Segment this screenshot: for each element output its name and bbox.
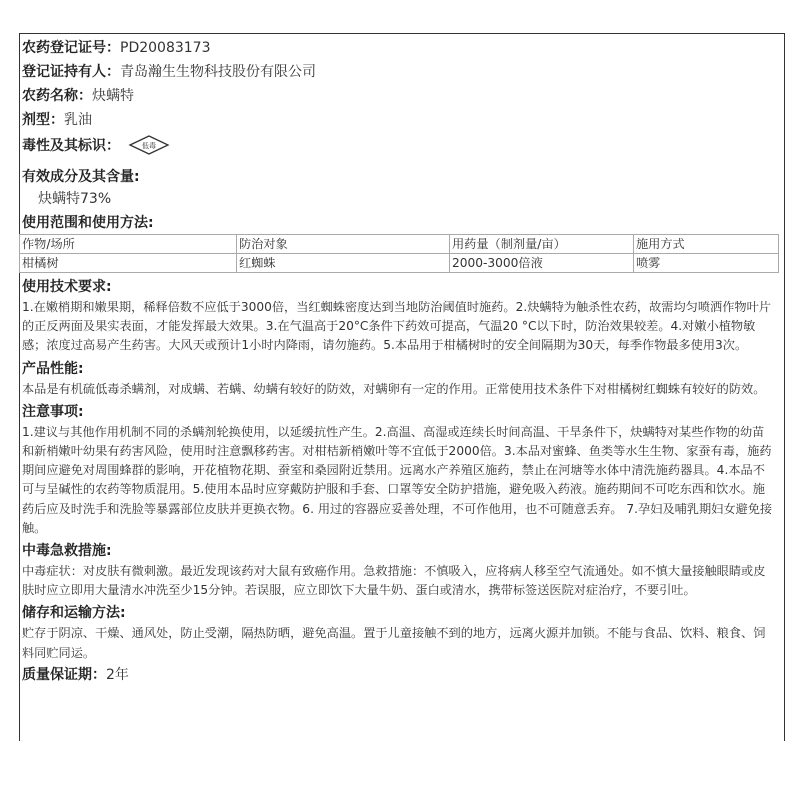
precautions-title: 注意事项: <box>22 401 780 423</box>
performance-title: 产品性能: <box>22 358 780 380</box>
active-ingredient-value: 炔螨特73% <box>22 188 780 210</box>
pesticide-label-document: 农药登记证号：PD20083173 登记证持有人：青岛瀚生生物科技股份有限公司 … <box>22 36 780 687</box>
warranty-row: 质量保证期：2年 <box>22 663 780 687</box>
header-method: 施用方式 <box>634 235 779 254</box>
cell-dosage: 2000-3000倍液 <box>450 254 634 273</box>
usage-table: 作物/场所 防治对象 用药量（制剂量/亩） 施用方式 柑橘树 红蜘蛛 2000-… <box>19 234 779 273</box>
toxicity-label: 毒性及其标识： <box>22 138 120 154</box>
storage-title: 储存和运输方法: <box>22 602 780 624</box>
pesticide-name-label: 农药名称： <box>22 88 92 104</box>
warranty-label: 质量保证期： <box>22 667 106 683</box>
formulation-row: 剂型：乳油 <box>22 108 780 132</box>
active-ingredient-title: 有效成分及其含量: <box>22 166 780 188</box>
low-toxicity-diamond-icon: 低毒 <box>128 135 170 155</box>
holder-label: 登记证持有人： <box>22 64 120 80</box>
warranty-value: 2年 <box>106 667 129 683</box>
usage-title: 使用范围和使用方法: <box>22 212 780 234</box>
formulation-label: 剂型： <box>22 112 64 128</box>
performance-text: 本品是有机硫低毒杀螨剂，对成螨、若螨、幼螨有较好的防效，对螨卵有一定的作用。正常… <box>22 380 776 399</box>
header-target: 防治对象 <box>237 235 450 254</box>
registration-number-label: 农药登记证号： <box>22 40 120 56</box>
header-dosage: 用药量（制剂量/亩） <box>450 235 634 254</box>
first-aid-title: 中毒急救措施: <box>22 540 780 562</box>
svg-text:低毒: 低毒 <box>142 141 156 150</box>
first-aid-text: 中毒症状：对皮肤有微刺激。最近发现该药对大鼠有致癌作用。急救措施：不慎吸入，应将… <box>22 562 776 600</box>
precautions-text: 1.建议与其他作用机制不同的杀螨剂轮换使用，以延缓抗性产生。2.高温、高湿或连续… <box>22 423 776 538</box>
technical-title: 使用技术要求: <box>22 276 780 298</box>
cell-method: 喷雾 <box>634 254 779 273</box>
cell-crop: 柑橘树 <box>20 254 237 273</box>
header-crop: 作物/场所 <box>20 235 237 254</box>
cell-target: 红蜘蛛 <box>237 254 450 273</box>
holder-value: 青岛瀚生生物科技股份有限公司 <box>120 64 316 80</box>
formulation-value: 乳油 <box>64 112 92 128</box>
registration-number-row: 农药登记证号：PD20083173 <box>22 36 780 60</box>
technical-text: 1.在嫩梢期和嫩果期，稀释倍数不应低于3000倍，当红蜘蛛密度达到当地防治阈值时… <box>22 298 776 356</box>
pesticide-name-row: 农药名称：炔螨特 <box>22 84 780 108</box>
storage-text: 贮存于阴凉、干燥、通风处，防止受潮，隔热防晒，避免高温。置于儿童接触不到的地方，… <box>22 624 776 662</box>
registration-number-value: PD20083173 <box>120 40 210 56</box>
usage-table-header: 作物/场所 防治对象 用药量（制剂量/亩） 施用方式 <box>20 235 779 254</box>
pesticide-name-value: 炔螨特 <box>92 88 134 104</box>
toxicity-row: 毒性及其标识：低毒 <box>22 132 780 160</box>
holder-row: 登记证持有人：青岛瀚生生物科技股份有限公司 <box>22 60 780 84</box>
table-row: 柑橘树 红蜘蛛 2000-3000倍液 喷雾 <box>20 254 779 273</box>
